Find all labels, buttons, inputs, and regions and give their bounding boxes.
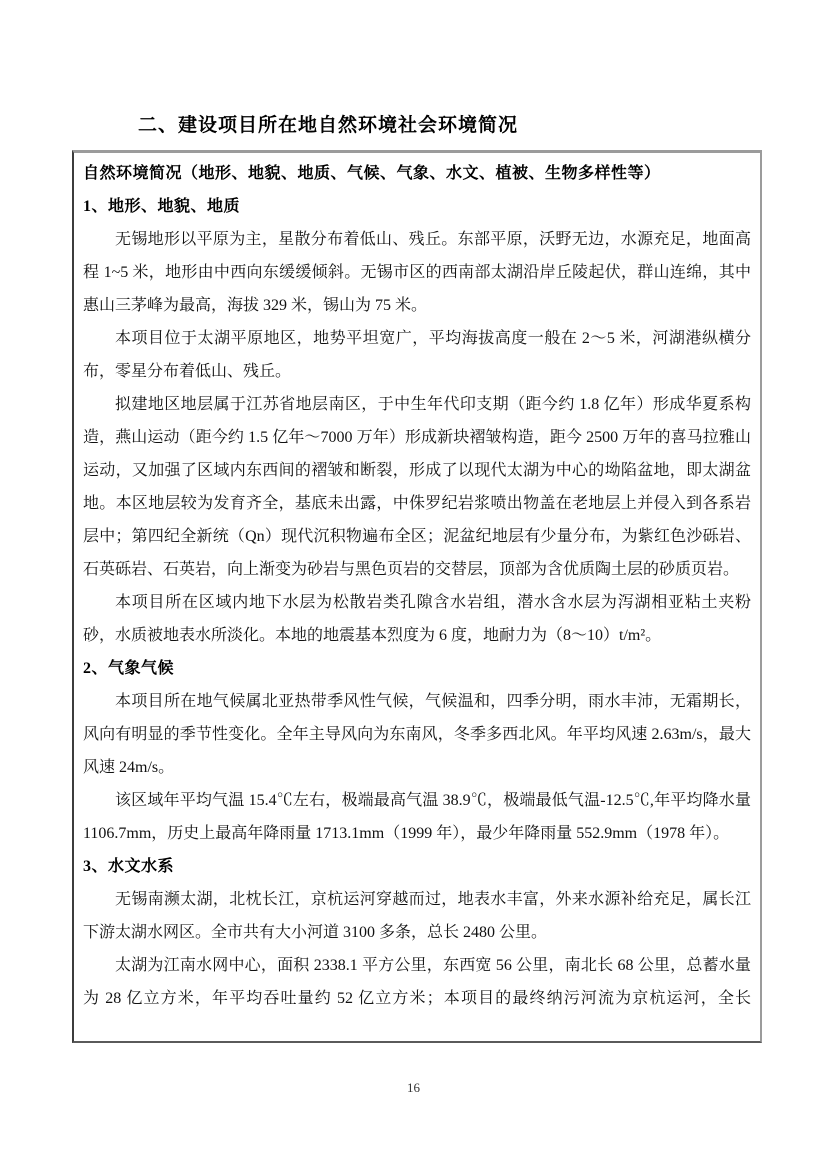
paragraph: 该区域年平均气温 15.4℃左右，极端最高气温 38.9℃，极端最低气温-12.…: [83, 784, 751, 850]
page-number: 16: [0, 1080, 827, 1096]
paragraph: 太湖为江南水网中心，面积 2338.1 平方公里，东西宽 56 公里，南北长 6…: [83, 949, 751, 1015]
paragraph: 本项目所在地气候属北亚热带季风性气候，气候温和，四季分明，雨水丰沛，无霜期长，风…: [83, 685, 751, 784]
section-heading-climate: 2、气象气候: [83, 652, 751, 685]
page-title: 二、建设项目所在地自然环境社会环境简况: [138, 110, 518, 137]
content-box: 自然环境简况（地形、地貌、地质、气候、气象、水文、植被、生物多样性等） 1、地形…: [72, 150, 762, 1043]
paragraph: 无锡地形以平原为主，星散分布着低山、残丘。东部平原，沃野无边，水源充足，地面高程…: [83, 223, 751, 322]
paragraph: 本项目位于太湖平原地区，地势平坦宽广，平均海拔高度一般在 2～5 米，河湖港纵横…: [83, 322, 751, 388]
document-page: 二、建设项目所在地自然环境社会环境简况 自然环境简况（地形、地貌、地质、气候、气…: [0, 0, 827, 1169]
paragraph: 拟建地区地层属于江苏省地层南区，于中生年代印支期（距今约 1.8 亿年）形成华夏…: [83, 388, 751, 586]
section-heading-terrain: 1、地形、地貌、地质: [83, 190, 751, 223]
paragraph: 无锡南濒太湖，北枕长江，京杭运河穿越而过，地表水丰富，外来水源补给充足，属长江下…: [83, 883, 751, 949]
paragraph: 本项目所在区域内地下水层为松散岩类孔隙含水岩组，潜水含水层为泻湖相亚粘土夹粉砂，…: [83, 586, 751, 652]
section-heading-hydrology: 3、水文水系: [83, 850, 751, 883]
natural-environment-header: 自然环境简况（地形、地貌、地质、气候、气象、水文、植被、生物多样性等）: [83, 157, 751, 190]
